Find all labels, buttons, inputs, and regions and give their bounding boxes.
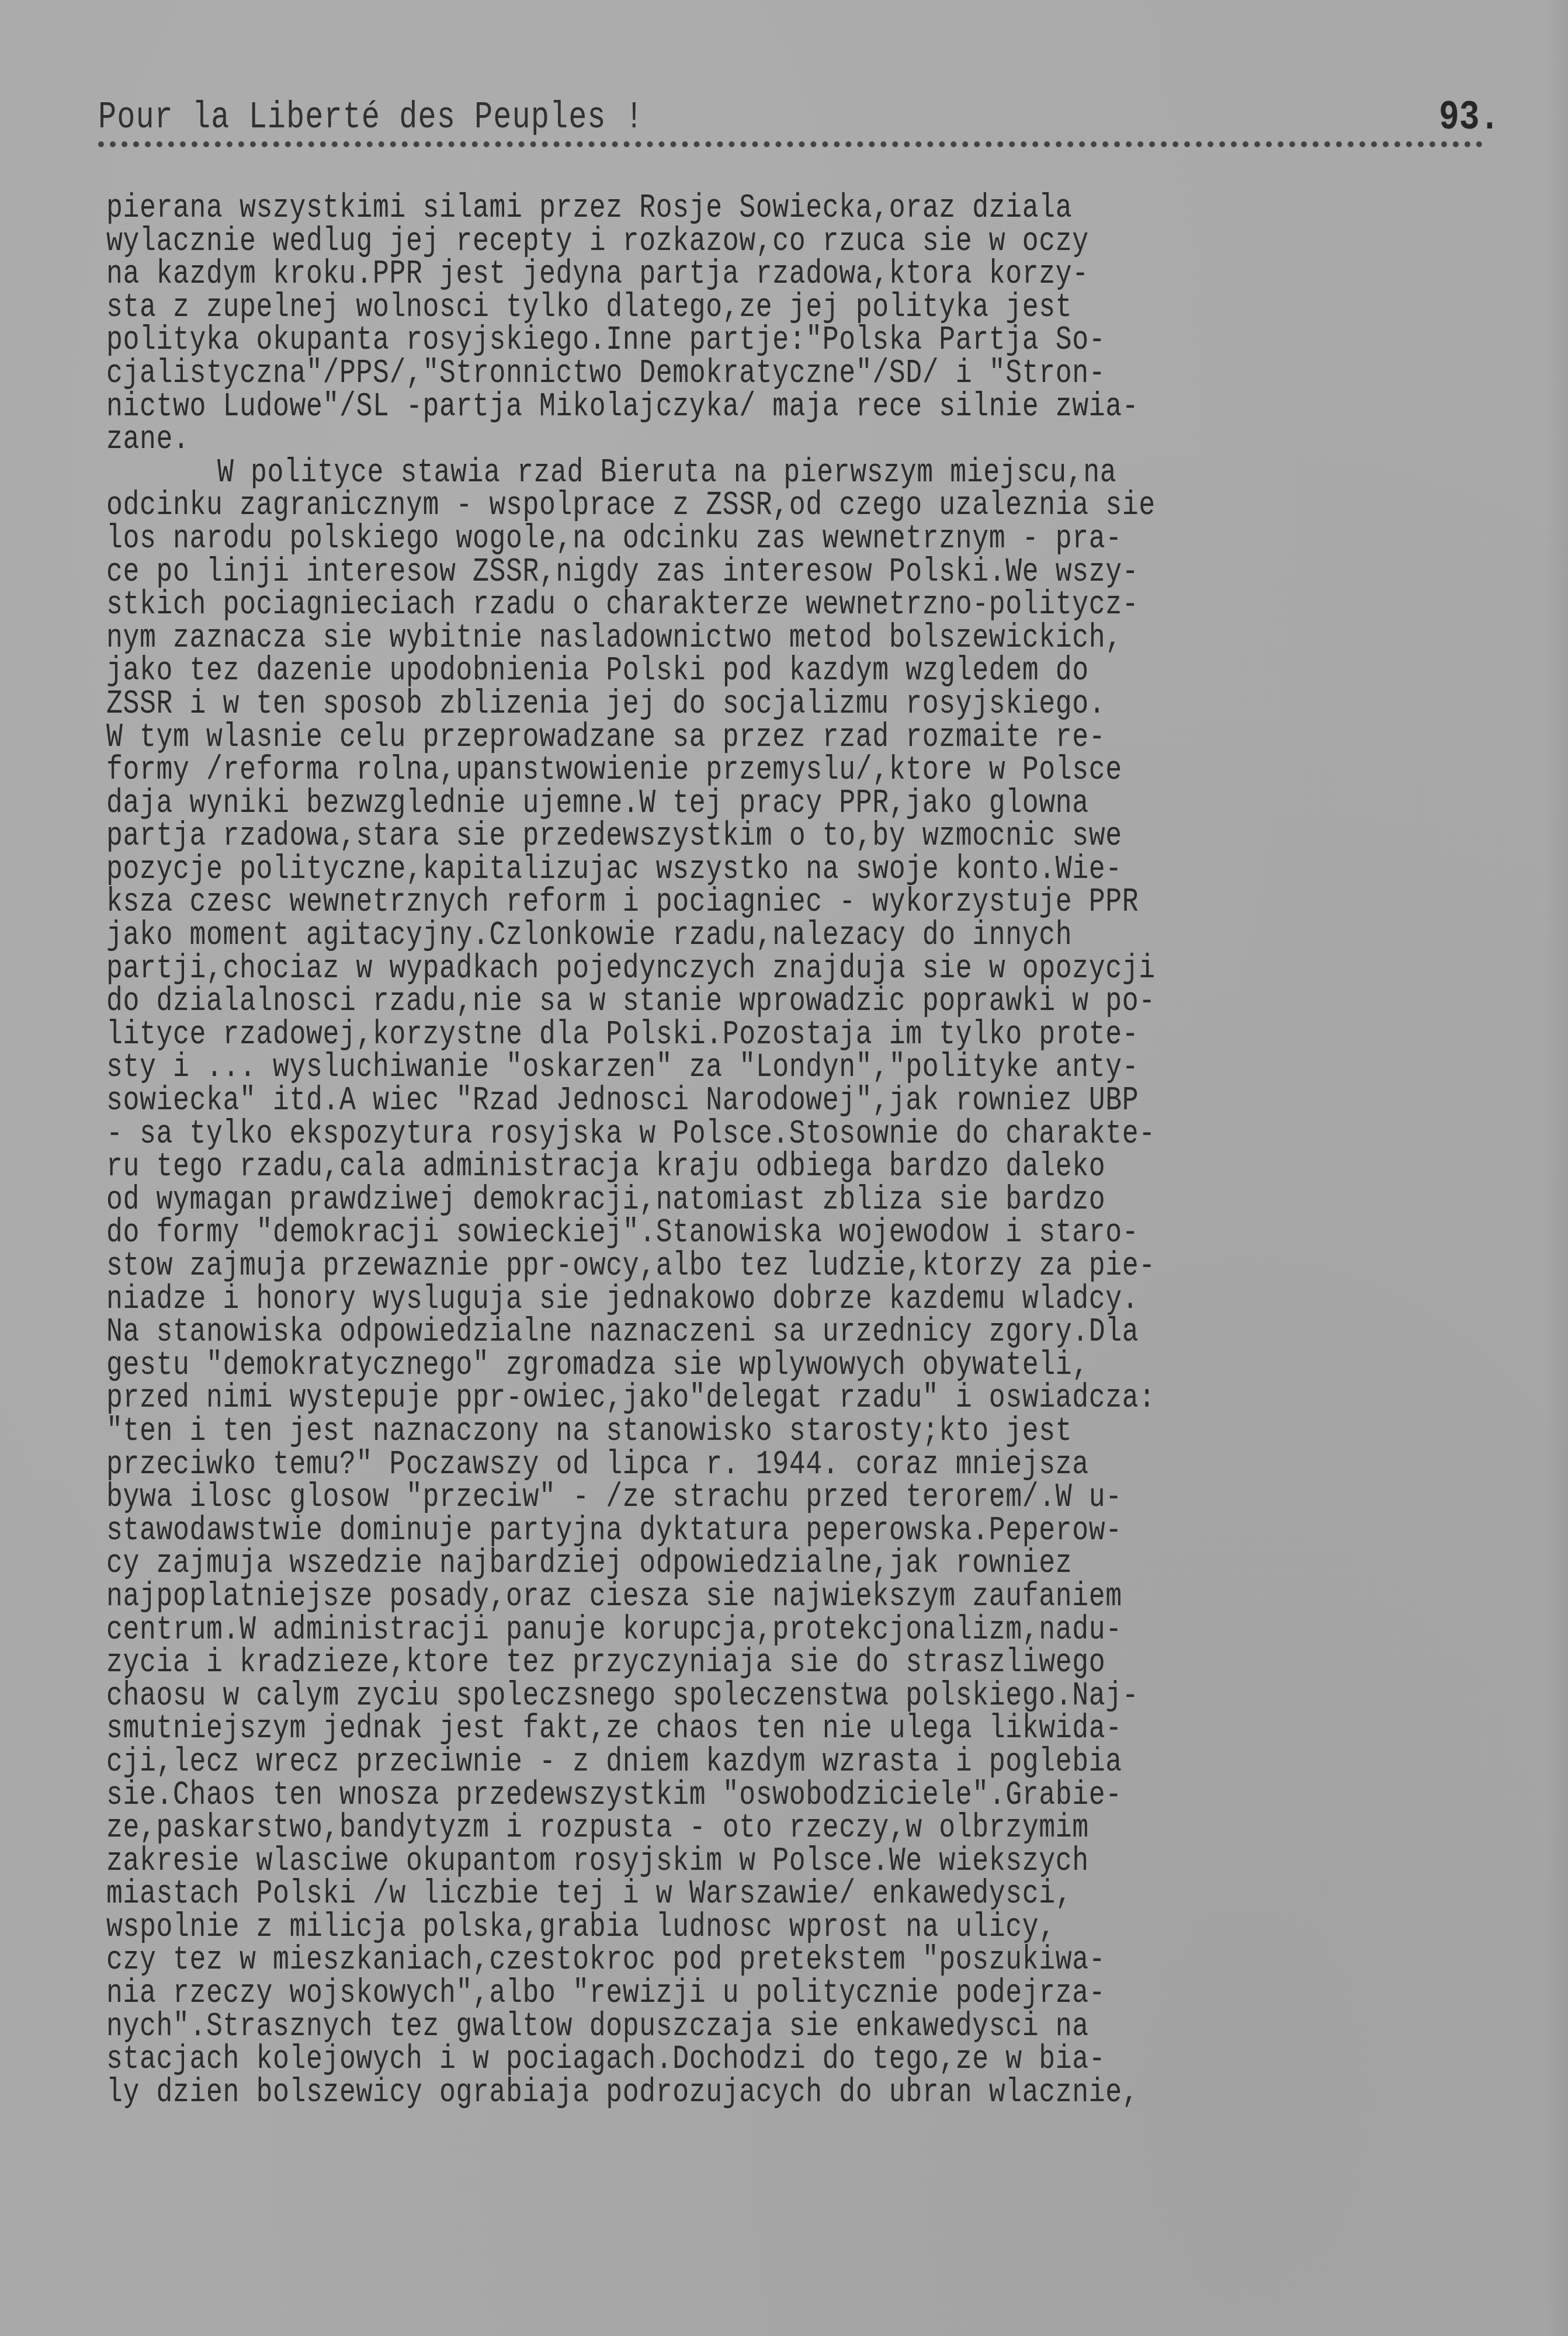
header-dotted-rule (98, 141, 1483, 147)
typewritten-body: pierana wszystkimi silami przez Rosje So… (106, 192, 1508, 2109)
page-number: 93. (1439, 96, 1500, 141)
paper-edge-shadow (1545, 0, 1568, 2336)
page-header: Pour la Liberté des Peuples ! 93. (98, 88, 1477, 152)
running-header-title: Pour la Liberté des Peuples ! (98, 96, 644, 139)
document-page: Pour la Liberté des Peuples ! 93. pieran… (0, 0, 1568, 2336)
text-line: ly dzien bolszewicy ograbiaja podrozujac… (106, 2073, 1508, 2113)
